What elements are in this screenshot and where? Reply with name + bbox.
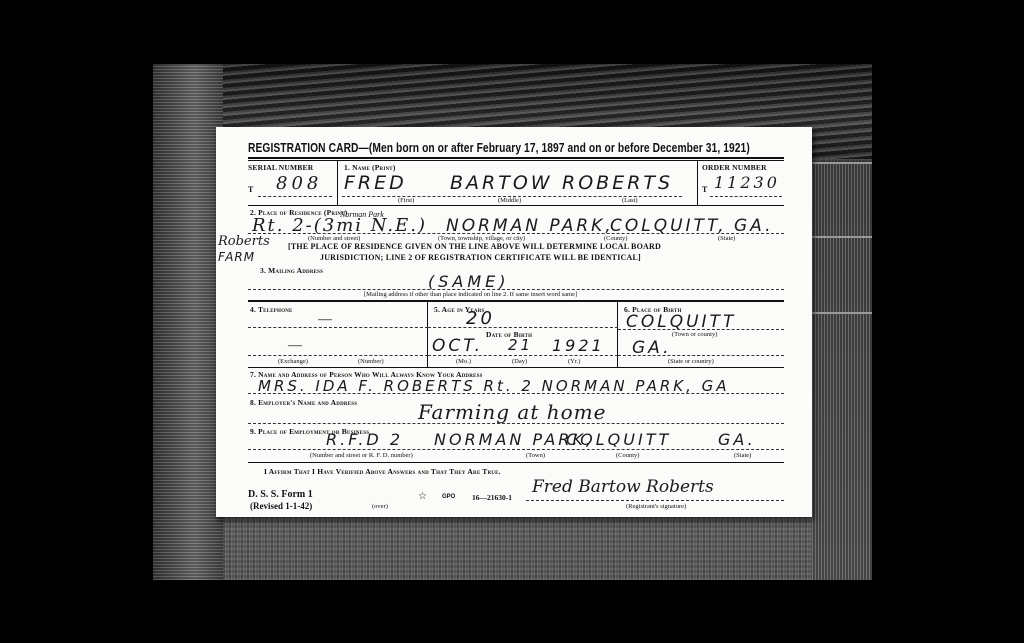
scan-background-left — [153, 64, 223, 580]
row-serial-name-order: SERIAL NUMBER T 808 1. Name (Print) FRED… — [248, 161, 784, 205]
over-note: (over) — [372, 503, 388, 510]
residence-county: COLQUITT, — [610, 216, 727, 236]
birthplace-field: 6. Place of Birth COLQUITT (Town or coun… — [618, 302, 784, 367]
mailing-value: (SAME) — [428, 272, 510, 291]
dob-month: OCT. — [432, 336, 483, 356]
residence-mailing-section: 2. Place of Residence (Print) Norman Par… — [248, 206, 784, 300]
margin-note-farm: FARM — [218, 250, 255, 264]
serial-number-field: SERIAL NUMBER T 808 — [248, 161, 338, 205]
dob-year: 1921 — [552, 336, 605, 355]
serial-number-value: 808 — [276, 173, 322, 194]
order-number-label: ORDER NUMBER — [702, 163, 767, 172]
order-number-field: ORDER NUMBER T 11230 — [698, 161, 784, 205]
residence-state: GA. — [734, 216, 774, 236]
name-last: ROBERTS — [562, 172, 673, 194]
residence-street: Rt. 2-(3mi N.E.) — [252, 215, 427, 236]
star-icon: ☆ — [418, 491, 427, 502]
age-field: 5. Age in Years 20 Date of Birth OCT. 21… — [428, 302, 618, 367]
telephone-field: 4. Telephone — — (Exchange) (Number) — [248, 302, 428, 367]
telephone-label: 4. Telephone — [250, 305, 293, 314]
telephone-exchange-value: — — [318, 312, 332, 328]
registrant-signature: Fred Bartow Roberts — [532, 477, 714, 497]
residence-notice-line1: [THE PLACE OF RESIDENCE GIVEN ON THE LIN… — [288, 242, 661, 251]
form-name: D. S. S. Form 1 — [248, 489, 313, 500]
employer-label: 8. Employer's Name and Address — [250, 398, 357, 407]
order-prefix: T — [702, 185, 708, 194]
gpo-number: 16—21630-1 — [472, 493, 512, 502]
gpo-mark: GPO — [442, 494, 455, 500]
scan-background-right — [812, 162, 872, 580]
contact-employment-section: 7. Name and Address of Person Who Will A… — [248, 368, 784, 468]
name-field: 1. Name (Print) FRED BARTOW ROBERTS (Fir… — [338, 161, 698, 205]
serial-number-label: SERIAL NUMBER — [248, 163, 313, 172]
form-revised: (Revised 1-1-42) — [250, 501, 312, 511]
telephone-age-birth-section: 4. Telephone — — (Exchange) (Number) 5. … — [248, 300, 784, 368]
telephone-number-value: — — [288, 338, 302, 354]
affirmation-text: I Affirm That I Have Verified Above Answ… — [264, 467, 501, 476]
mailing-label: 3. Mailing Address — [260, 266, 323, 275]
card-footer: I Affirm That I Have Verified Above Answ… — [248, 463, 784, 523]
name-middle: BARTOW — [450, 172, 553, 194]
dob-day: 21 — [508, 336, 533, 354]
order-number-value: 11230 — [714, 173, 780, 192]
margin-note-roberts: Roberts — [218, 234, 270, 249]
residence-town: NORMAN PARK, — [446, 216, 614, 236]
serial-prefix: T — [248, 185, 254, 194]
registration-card: REGISTRATION CARD—(Men born on or after … — [216, 127, 812, 517]
name-first: FRED — [344, 172, 407, 194]
card-title: REGISTRATION CARD—(Men born on or after … — [248, 141, 688, 155]
residence-notice-line2: JURISDICTION; LINE 2 OF REGISTRATION CER… — [320, 253, 641, 262]
name-label: 1. Name (Print) — [344, 163, 396, 172]
